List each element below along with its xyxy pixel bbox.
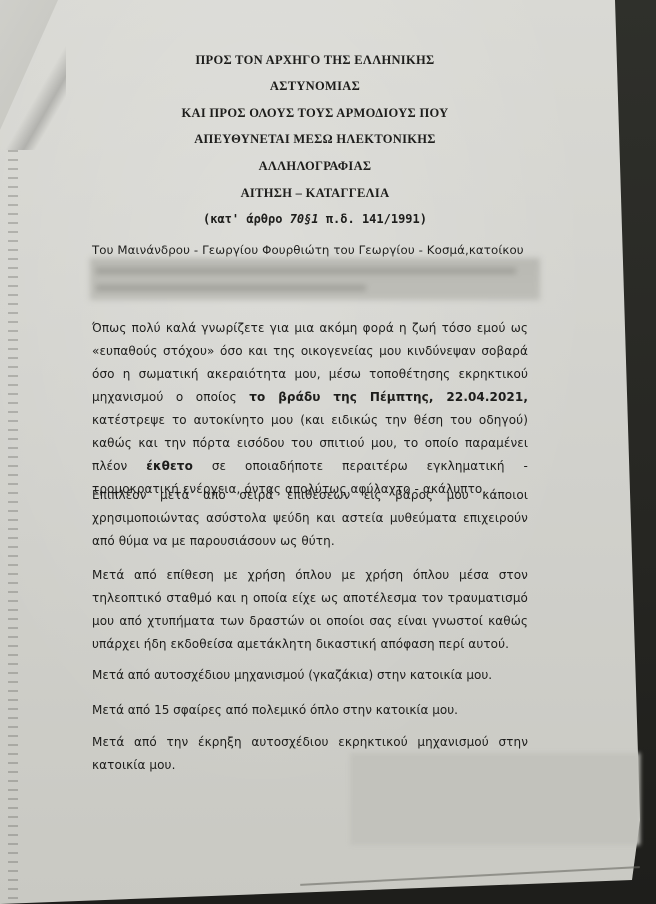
document-title: ΑΙΤΗΣΗ – ΚΑΤΑΓΓΕΛΙΑ xyxy=(90,186,540,201)
header-line-4: ΑΠΕΥΘΥΝΕΤΑΙ ΜΕΣΩ ΗΛΕΚΤΟΝΙΚΗΣ xyxy=(90,132,540,147)
document-page: ΠΡΟΣ ΤΟΝ ΑΡΧΗΓΟ ΤΗΣ ΕΛΛΗΝΙΚΗΣ ΑΣΤΥΝΟΜΙΑΣ… xyxy=(0,0,656,904)
legal-reference: (κατ' άρθρο 70§1 π.δ. 141/1991) xyxy=(90,212,540,226)
paragraph-incident: Όπως πολύ καλά γνωρίζετε για μια ακόμη φ… xyxy=(92,317,528,501)
header-line-1: ΠΡΟΣ ΤΟΝ ΑΡΧΗΓΟ ΤΗΣ ΕΛΛΗΝΙΚΗΣ xyxy=(90,53,540,68)
paragraph-bullets: Μετά από 15 σφαίρες από πολεμικό όπλο στ… xyxy=(92,703,458,717)
incident-date: το βράδυ της Πέμπτης, 22.04.2021, xyxy=(249,390,528,404)
redacted-signature-block xyxy=(350,753,640,845)
paragraph-accusations: Επιπλέον μετά από σειρά επιθέσεων εις βά… xyxy=(92,484,528,553)
legal-ref-article: 70§1 xyxy=(290,212,319,226)
paragraph-gas-device: Μετά από αυτοσχέδιου μηχανισμού (γκαζάκι… xyxy=(92,668,492,682)
sender-line: Του Μαινάνδρου - Γεωργίου Φουρθιώτη του … xyxy=(92,243,532,257)
paragraph-tv-attack: Μετά από επίθεση με χρήση όπλου με χρήση… xyxy=(92,564,528,656)
legal-ref-prefix: (κατ' άρθρο xyxy=(203,212,290,226)
header-line-2: ΑΣΤΥΝΟΜΙΑΣ xyxy=(90,79,540,94)
exposed-emphasis: έκθετο xyxy=(146,459,193,473)
redacted-address-block xyxy=(90,258,540,300)
legal-ref-suffix: π.δ. 141/1991) xyxy=(319,212,427,226)
header-line-5: ΑΛΛΗΛΟΓΡΑΦΙΑΣ xyxy=(90,159,540,174)
header-line-3: ΚΑΙ ΠΡΟΣ ΟΛΟΥΣ ΤΟΥΣ ΑΡΜΟΔΙΟΥΣ ΠΟΥ xyxy=(90,106,540,121)
